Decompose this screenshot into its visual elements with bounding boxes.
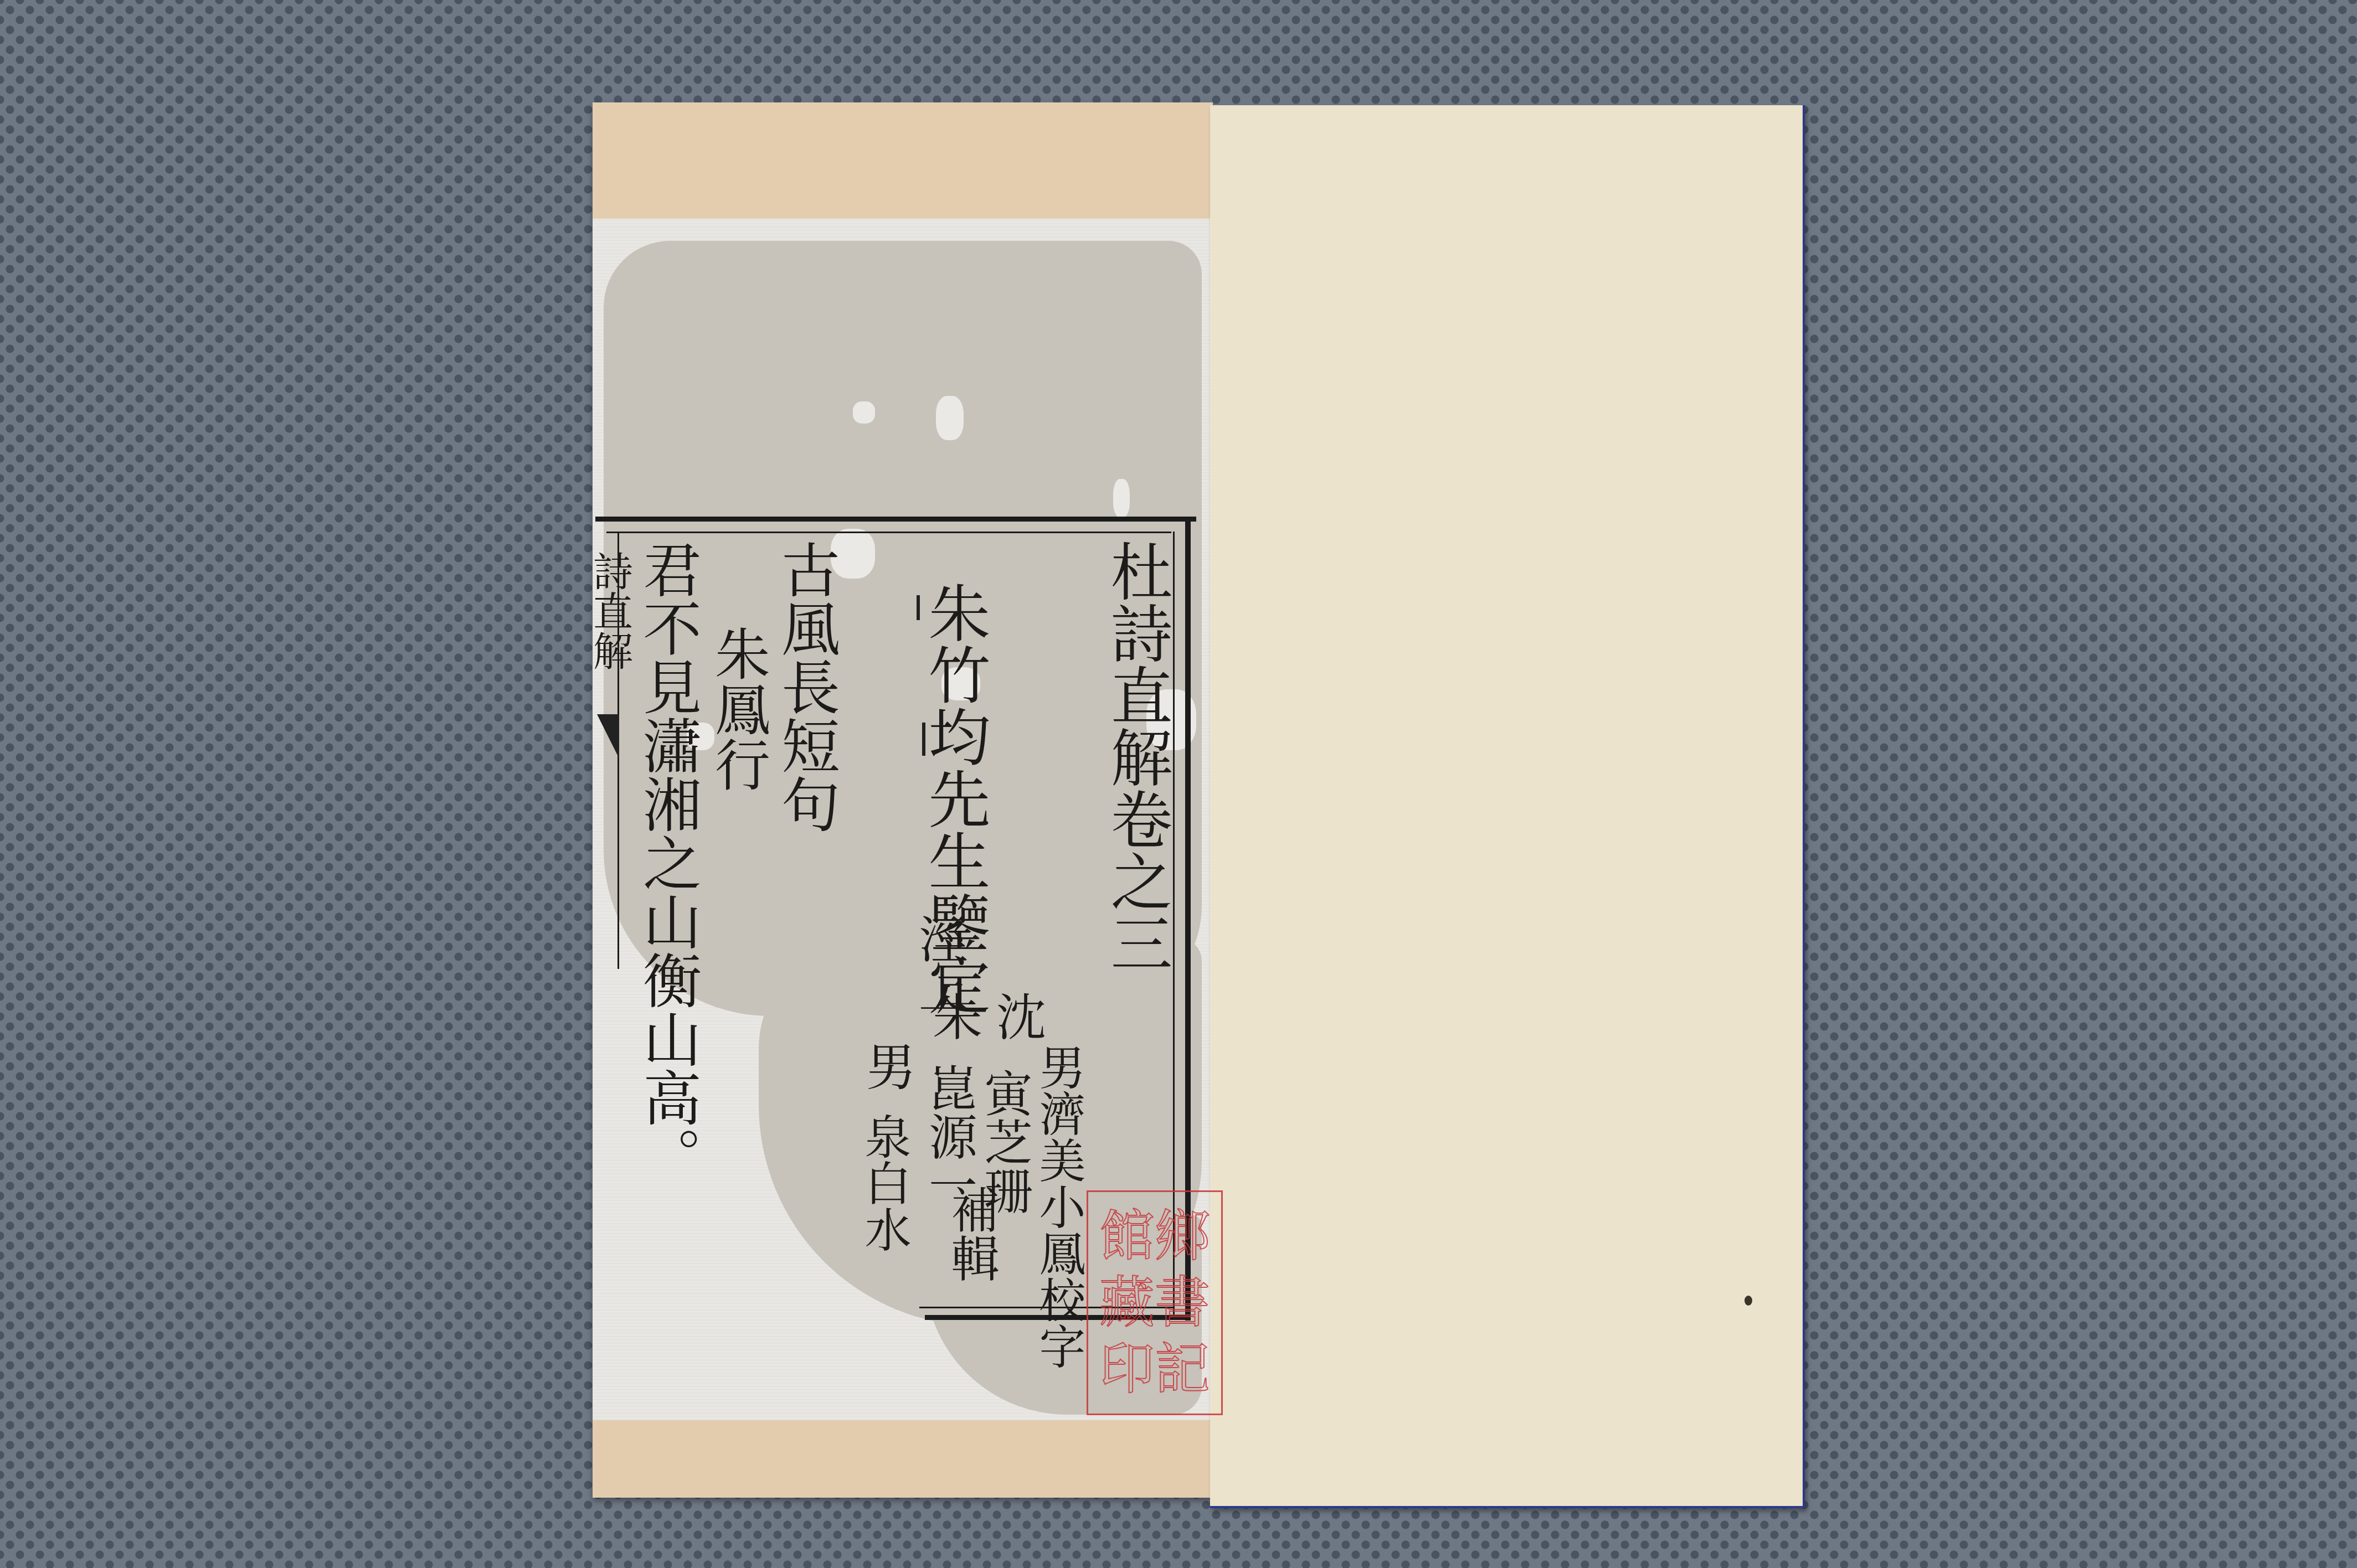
seal-glyph: 印 xyxy=(1099,1342,1155,1397)
seal-glyph: 書 xyxy=(1155,1275,1210,1330)
compiler-surname-2: 朱 xyxy=(928,991,977,1041)
compiler-role: 補輯 xyxy=(947,1185,996,1282)
frame-border-top xyxy=(595,517,1196,522)
ink-speck xyxy=(1744,1296,1752,1306)
banxin-title: 詩直解 xyxy=(590,551,630,670)
paper-loss-spot xyxy=(1113,479,1130,518)
seal-glyph: 記 xyxy=(1155,1342,1210,1397)
paper-loss-spot xyxy=(853,401,875,424)
seal-glyph: 館 xyxy=(1099,1209,1155,1264)
compiler-surname-1: 沈 xyxy=(991,991,1041,1041)
fish-tail-mark xyxy=(597,714,619,759)
section-heading: 古風長短句 xyxy=(776,540,835,833)
book-title-column: 杜詩直解卷之三 xyxy=(1105,540,1167,974)
son-name: 泉白水 xyxy=(861,1113,908,1252)
poem-first-line: 君不見瀟湘之山衡山高。 xyxy=(638,540,697,1185)
red-seal-stamp: 館 鄉 藏 書 印 記 xyxy=(1087,1190,1223,1415)
proper-noun-mark xyxy=(922,723,925,756)
son-prefix: 男 xyxy=(861,1041,911,1091)
top-margin-band xyxy=(593,102,1213,219)
seal-glyph: 鄉 xyxy=(1155,1209,1210,1264)
proper-noun-mark xyxy=(917,595,920,620)
poem-title: 朱鳳行 xyxy=(710,626,765,792)
paper-loss-spot xyxy=(936,396,964,440)
right-blank-page xyxy=(1210,105,1805,1508)
frame-border-top-inner xyxy=(606,532,1171,533)
bottom-margin-band xyxy=(593,1420,1213,1498)
seal-glyph: 藏 xyxy=(1099,1275,1155,1330)
proofreader-column: 男濟美小鳳校字 xyxy=(1036,1044,1082,1369)
